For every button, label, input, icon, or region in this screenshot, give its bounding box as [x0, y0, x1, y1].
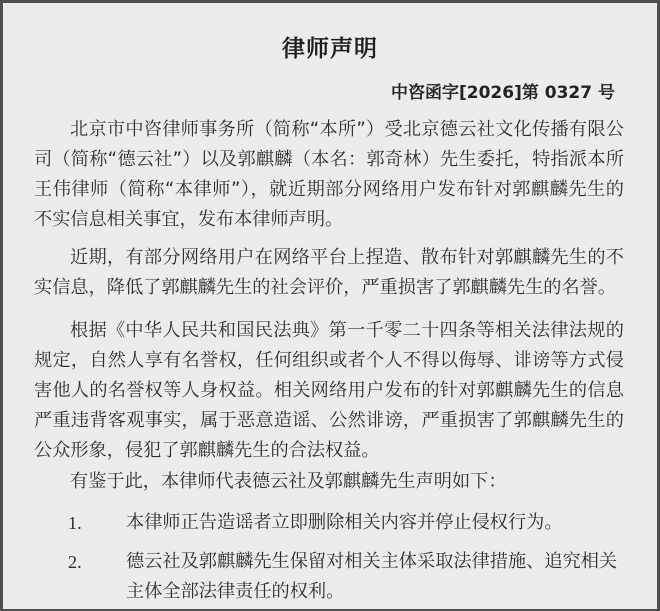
document-title: 律师声明: [3, 30, 657, 63]
list-text: 本律师正告造谣者立即删除相关内容并停止侵权行为。: [126, 508, 624, 538]
paragraph-declaration-lead: 有鉴于此，本律师代表德云社及郭麒麟先生声明如下：: [34, 467, 624, 497]
reference-number: 中咨函字[2026]第 0327 号: [391, 78, 615, 103]
list-number: 1.: [34, 508, 126, 538]
paragraph-text: 根据《中华人民共和国民法典》第一千零二十四条等相关法律法规的规定，自然人享有名誉…: [34, 316, 624, 466]
paragraph-background: 近期，有部分网络用户在网络平台上捏造、散布针对郭麒麟先生的不实信息，降低了郭麒麟…: [34, 243, 624, 303]
declaration-list: 1. 本律师正告造谣者立即删除相关内容并停止侵权行为。 2. 德云社及郭麒麟先生…: [34, 508, 624, 611]
paragraph-intro: 北京市中咨律师事务所（简称“本所”）受北京德云社文化传播有限公司（简称“德云社”…: [34, 115, 624, 235]
paragraph-legal-basis: 根据《中华人民共和国民法典》第一千零二十四条等相关法律法规的规定，自然人享有名誉…: [34, 316, 624, 466]
legal-statement-document: 律师声明 中咨函字[2026]第 0327 号 北京市中咨律师事务所（简称“本所…: [0, 0, 660, 611]
list-item: 1. 本律师正告造谣者立即删除相关内容并停止侵权行为。: [34, 508, 624, 538]
paragraph-text: 北京市中咨律师事务所（简称“本所”）受北京德云社文化传播有限公司（简称“德云社”…: [34, 115, 624, 235]
list-text: 德云社及郭麒麟先生保留对相关主体采取法律措施、追究相关主体全部法律责任的权利。: [126, 547, 624, 607]
list-item: 2. 德云社及郭麒麟先生保留对相关主体采取法律措施、追究相关主体全部法律责任的权…: [34, 547, 624, 607]
paragraph-text: 近期，有部分网络用户在网络平台上捏造、散布针对郭麒麟先生的不实信息，降低了郭麒麟…: [34, 243, 624, 303]
paragraph-text: 有鉴于此，本律师代表德云社及郭麒麟先生声明如下：: [34, 467, 624, 497]
list-number: 2.: [34, 547, 126, 607]
